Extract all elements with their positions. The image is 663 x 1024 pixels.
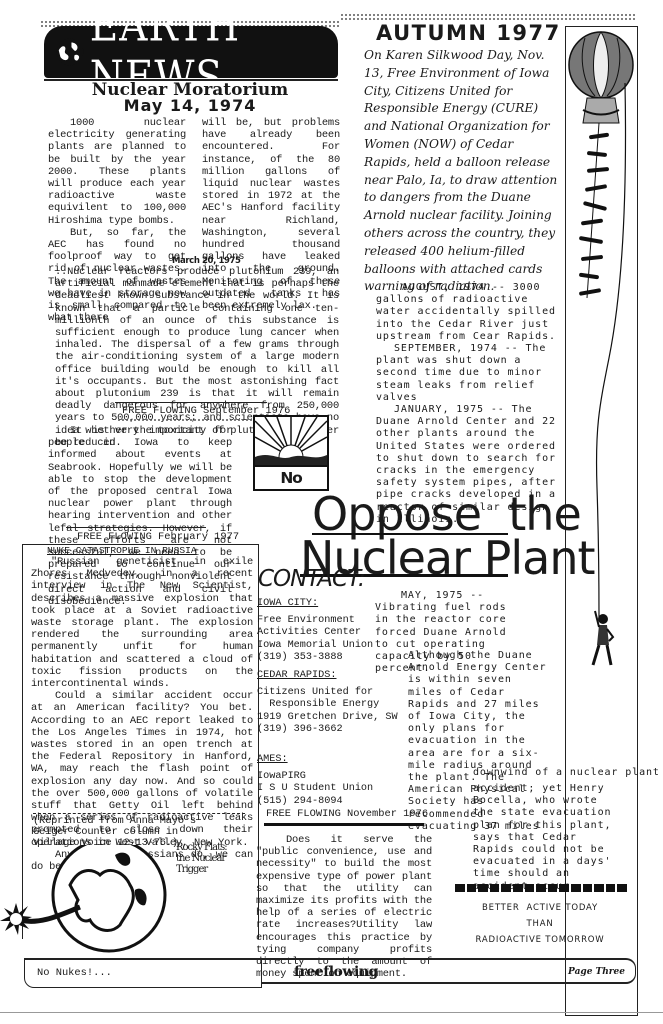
slogan: BETTER ACTIVE TODAY THAN RADIOACTIVE TOM…: [450, 900, 630, 948]
autumn-handwritten-story: On Karen Silkwood Day, Nov. 13, Free Env…: [364, 47, 562, 296]
contact-line: I S U Student Union: [257, 783, 377, 795]
moratorium-col1-p1: 1000 nuclear electricity generating plan…: [48, 117, 186, 227]
plutonium-date: March 20, 1975: [172, 256, 241, 266]
dangling-cards-string: [579, 123, 609, 298]
contact-entry-iowa-city: IOWA CITY: Free Environment Activities C…: [257, 598, 377, 664]
russia-p1: "Russian geneticist in exile Zhores Medv…: [31, 556, 253, 690]
moratorium-date: May 14, 1974: [60, 96, 320, 115]
contact-phone: (319) 353-3888: [257, 652, 377, 664]
slogan-line-3: RADIOACTIVE TOMORROW: [450, 932, 630, 948]
ff-november-caption: FREE FLOWING November 1976: [266, 808, 428, 820]
russia-section-title: NUKE CATASTROPHE IN RUSSIA: [47, 545, 197, 556]
russia-dashed-separator: [33, 813, 245, 814]
hot-air-balloon-icon: [569, 32, 633, 123]
contact-line: IowaPIRG: [257, 771, 377, 783]
figure-holding-string-icon: [593, 611, 613, 665]
contact-line: Citizens United for: [257, 687, 377, 699]
no-nukes-badge: No Nukes.: [253, 415, 329, 491]
sunrise-icon: [255, 417, 327, 469]
footer-right-box: freeflowing Page Three: [262, 958, 636, 984]
contact-phone: (515) 294-8094: [257, 796, 377, 808]
rocky-flats-globe-illustration: [0, 845, 190, 960]
contact-city-label: CEDAR RAPIDS:: [257, 670, 377, 682]
ff-september-hatch: [117, 418, 265, 423]
contact-list: IOWA CITY: Free Environment Activities C…: [257, 598, 377, 808]
plutonium-bottom-rule: [115, 402, 267, 403]
evacuation-text-3: accident; yet Henry Bocella, who wrote t…: [473, 783, 623, 893]
timeline-aug-1974: AUGUST, 1974 -- 3000 gallons of radioact…: [376, 282, 566, 343]
page-bottom-rule: [0, 1012, 663, 1013]
contact-phone: (319) 396-3662: [257, 724, 377, 736]
contact-heading: CONTACT:: [258, 566, 365, 592]
ff-september-bottom-rule: [66, 527, 206, 528]
earth-globe-icon: [54, 33, 86, 71]
free-flowing-logo: freeflowing: [294, 964, 378, 980]
contact-entry-cedar-rapids: CEDAR RAPIDS: Citizens United for Respon…: [257, 670, 377, 736]
contact-line: Free Environment: [257, 615, 377, 627]
contact-line: Responsible Energy: [257, 699, 377, 711]
contact-line: Iowa Memorial Union: [257, 640, 377, 652]
ff-february-caption: FREE FLOWING February 1977: [77, 531, 239, 543]
contact-line: Activities Center: [257, 627, 377, 639]
black-dash-separator: [455, 884, 627, 892]
timeline-sep-1974: SEPTEMBER, 1974 -- The plant was shut do…: [376, 343, 566, 404]
slogan-line-2: THAN: [450, 916, 630, 932]
contact-city-label: IOWA CITY:: [257, 598, 377, 610]
contact-entry-ames: AMES: IowaPIRG I S U Student Union (515)…: [257, 754, 377, 808]
rocky-flats-caption: Rocky Flats: the Nuclear Trigger: [176, 842, 242, 875]
footer-left-box: No Nukes!...: [24, 958, 262, 988]
evacuation-text-2: downwind of a nuclear plant: [473, 767, 660, 779]
ff-november-rule: [264, 823, 424, 826]
contact-city-label: AMES:: [257, 754, 377, 766]
no-nukes-label: No Nukes.: [255, 465, 327, 489]
balloon-tether-string: [597, 83, 626, 618]
page-number: Page Three: [568, 967, 625, 977]
contact-line: 1919 Gretchen Drive, SW: [257, 712, 377, 724]
slogan-line-1: BETTER ACTIVE TODAY: [450, 900, 630, 916]
autumn-title: AUTUMN 1977: [376, 21, 561, 45]
masthead: EARTH NEWS: [44, 26, 338, 78]
footer-no-nukes-text: No Nukes!...: [37, 967, 112, 979]
